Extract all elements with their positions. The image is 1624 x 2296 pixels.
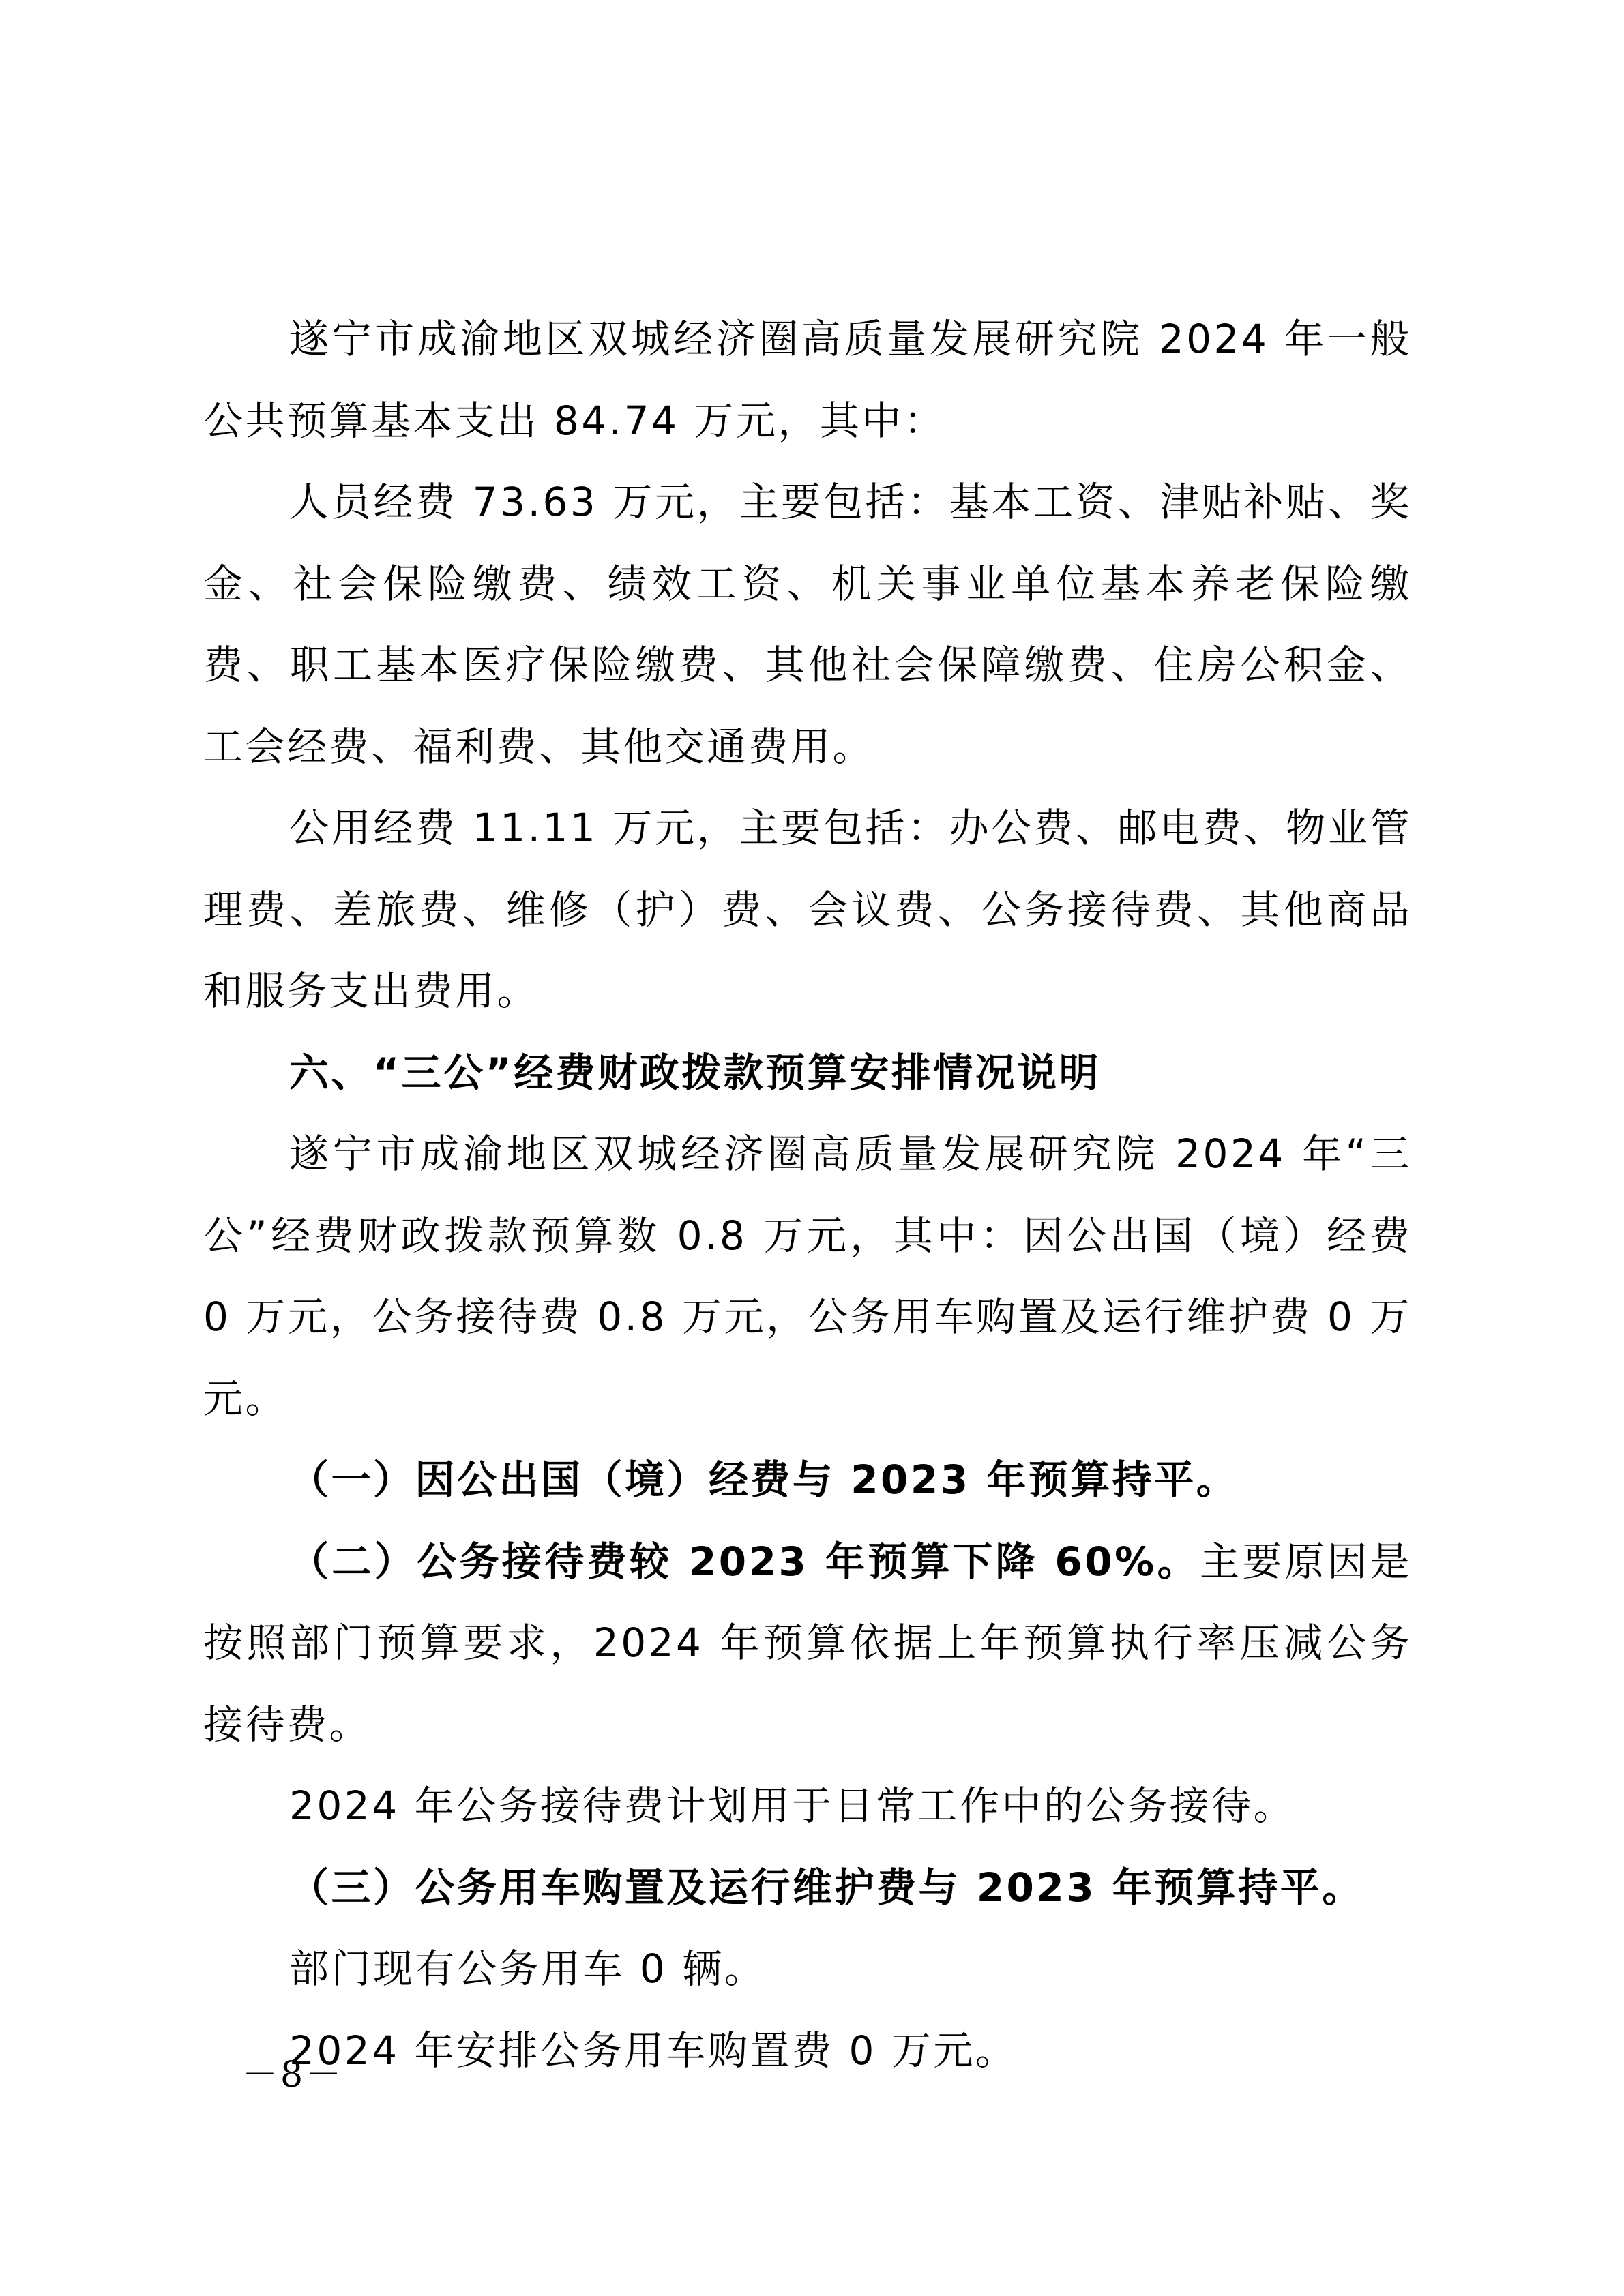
paragraph-public-expenses: 公用经费 11.11 万元，主要包括：办公费、邮电费、物业管理费、差旅费、维修（… — [203, 788, 1412, 1032]
paragraph-three-public-summary: 遂宁市成渝地区双城经济圈高质量发展研究院 2024 年“三公”经费财政拨款预算数… — [203, 1114, 1412, 1440]
subheading-official-reception: （二）公务接待费较 2023 年预算下降 60%。 — [289, 1538, 1200, 1585]
paragraph-reception-plan: 2024 年公务接待费计划用于日常工作中的公务接待。 — [203, 1765, 1412, 1847]
section-heading-three-public: 六、“三公”经费财政拨款预算安排情况说明 — [203, 1032, 1412, 1114]
page-number: －8－ — [242, 2046, 344, 2097]
paragraph-vehicle-count: 部门现有公务用车 0 辆。 — [203, 1928, 1412, 2010]
subheading-overseas-travel: （一）因公出国（境）经费与 2023 年预算持平。 — [203, 1440, 1412, 1521]
subheading-vehicle-costs: （三）公务用车购置及运行维护费与 2023 年预算持平。 — [203, 1847, 1412, 1929]
paragraph-personnel-expenses: 人员经费 73.63 万元，主要包括：基本工资、津贴补贴、奖金、社会保险缴费、绩… — [203, 462, 1412, 788]
paragraph-reception-decrease: （二）公务接待费较 2023 年预算下降 60%。主要原因是按照部门预算要求，2… — [203, 1521, 1412, 1766]
paragraph-vehicle-purchase: 2024 年安排公务用车购置费 0 万元。 — [203, 2010, 1412, 2092]
paragraph-basic-expenditure: 遂宁市成渝地区双城经济圈高质量发展研究院 2024 年一般公共预算基本支出 84… — [203, 299, 1412, 462]
document-page: 遂宁市成渝地区双城经济圈高质量发展研究院 2024 年一般公共预算基本支出 84… — [203, 299, 1412, 2091]
